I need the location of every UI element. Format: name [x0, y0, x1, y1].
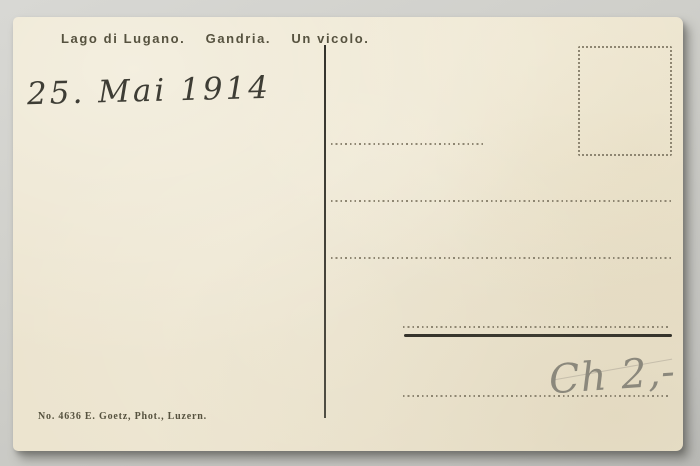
postcard-title: Lago di Lugano. Gandria. Un vicolo. [61, 31, 370, 46]
address-underline-rule [404, 334, 672, 337]
title-caption: Un vicolo. [291, 31, 369, 46]
pencil-price-note: Ch 2,- [548, 349, 678, 404]
postcard-scan-background: Lago di Lugano. Gandria. Un vicolo. 25. … [0, 0, 700, 466]
stamp-box [578, 46, 672, 156]
publisher-credit: No. 4636 E. Goetz, Phot., Luzern. [38, 411, 207, 422]
center-divider-line [324, 45, 326, 418]
title-location: Gandria. [206, 31, 272, 46]
postcard-back: Lago di Lugano. Gandria. Un vicolo. 25. … [13, 17, 683, 451]
address-line-3 [331, 257, 672, 259]
address-line-2 [331, 200, 672, 202]
address-line-4 [403, 326, 670, 328]
handwritten-date: 25. Mai 1914 [27, 70, 272, 112]
address-line-1 [331, 143, 483, 145]
title-place: Lago di Lugano. [61, 31, 185, 46]
